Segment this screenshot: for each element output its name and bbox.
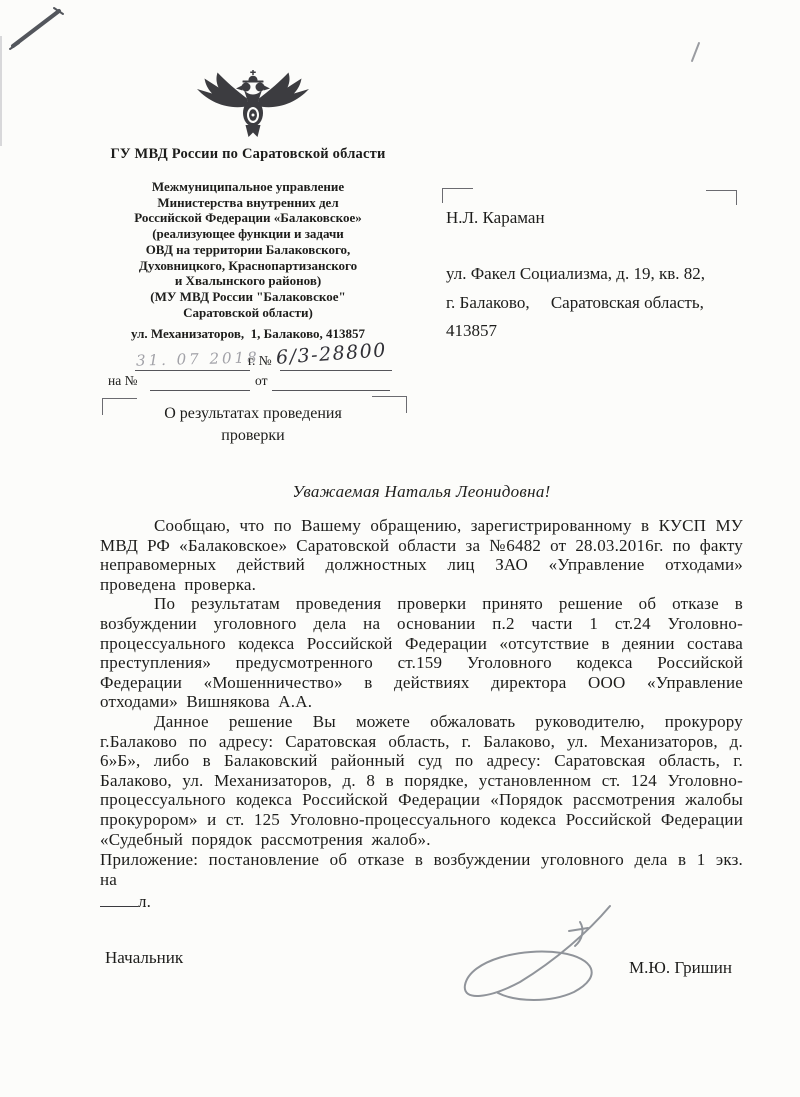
org-line: Духовницкого, Краснопартизанского bbox=[98, 258, 398, 274]
corner-mark-left bbox=[442, 188, 473, 203]
scanned-letter-page: ГУ МВД России по Саратовской области Меж… bbox=[0, 0, 800, 1097]
body-paragraph: Сообщаю, что по Вашему обращению, зареги… bbox=[100, 516, 743, 594]
attachment-line: Приложение: постановление об отказе в во… bbox=[100, 850, 743, 889]
sender-postal-address: ул. Механизаторов, 1, Балаково, 413857 bbox=[98, 326, 398, 342]
org-line: ОВД на территории Балаковского, bbox=[98, 242, 398, 258]
recipient-address: ул. Факел Социализма, д. 19, кв. 82, г. … bbox=[446, 260, 705, 346]
small-pen-tick-mark bbox=[688, 40, 704, 64]
org-line: и Хвалынского районов) bbox=[98, 273, 398, 289]
salutation: Уважаемая Наталья Леонидовна! bbox=[100, 482, 743, 502]
reply-to-label: на № bbox=[108, 373, 137, 389]
mvd-double-headed-eagle-icon bbox=[194, 70, 312, 144]
body-paragraph: Данное решение Вы можете обжаловать руко… bbox=[100, 712, 743, 849]
agency-name: ГУ МВД России по Саратовской области bbox=[100, 146, 396, 163]
corner-mark-left bbox=[102, 398, 137, 415]
org-line: (МУ МВД России "Балаковское" bbox=[98, 289, 398, 305]
attachment-sheets-line: л. bbox=[100, 889, 743, 912]
signer-name: М.Ю. Гришин bbox=[600, 958, 732, 978]
reference-block: 31. 07 2018 г. № 6/3-28800 на № от bbox=[100, 350, 410, 396]
org-line: Саратовской области) bbox=[98, 305, 398, 321]
handwritten-date-stamp: 31. 07 2018 bbox=[136, 348, 260, 369]
reply-number-underline bbox=[150, 389, 250, 391]
number-underline bbox=[280, 369, 392, 371]
org-line: Российской Федерации «Балаковское» bbox=[98, 210, 398, 226]
corner-mark-right bbox=[372, 396, 407, 413]
blank-underline bbox=[100, 889, 138, 907]
subject-line: проверки bbox=[100, 425, 406, 447]
pen-stroke-mark bbox=[8, 4, 66, 52]
org-line: (реализующее функции и задачи bbox=[98, 226, 398, 242]
subject-line: О результатах проведения bbox=[100, 403, 406, 425]
org-name-block: Межмуниципальное управление Министерства… bbox=[98, 179, 398, 320]
recipient-address-line: 413857 bbox=[446, 317, 705, 346]
corner-mark-right bbox=[706, 190, 737, 205]
org-line: Межмуниципальное управление bbox=[98, 179, 398, 195]
signer-position: Начальник bbox=[105, 948, 183, 968]
org-line: Министерства внутренних дел bbox=[98, 195, 398, 211]
body-paragraph: По результатам проведения проверки приня… bbox=[100, 594, 743, 712]
handwritten-outgoing-number: 6/3-28800 bbox=[275, 339, 387, 369]
letter-body: Сообщаю, что по Вашему обращению, зареги… bbox=[100, 516, 743, 912]
reply-from-label: от bbox=[255, 373, 267, 389]
scan-edge-artifact bbox=[0, 36, 2, 146]
recipient-address-line: ул. Факел Социализма, д. 19, кв. 82, bbox=[446, 260, 705, 289]
outgoing-number-label: г. № bbox=[248, 353, 272, 369]
date-underline bbox=[135, 369, 250, 371]
subject-block: О результатах проведения проверки bbox=[100, 394, 406, 446]
sheets-label: л. bbox=[138, 892, 151, 911]
reply-date-underline bbox=[272, 389, 390, 391]
recipient-address-line: г. Балаково, Саратовская область, bbox=[446, 289, 705, 318]
recipient-name: Н.Л. Караман bbox=[446, 208, 545, 228]
